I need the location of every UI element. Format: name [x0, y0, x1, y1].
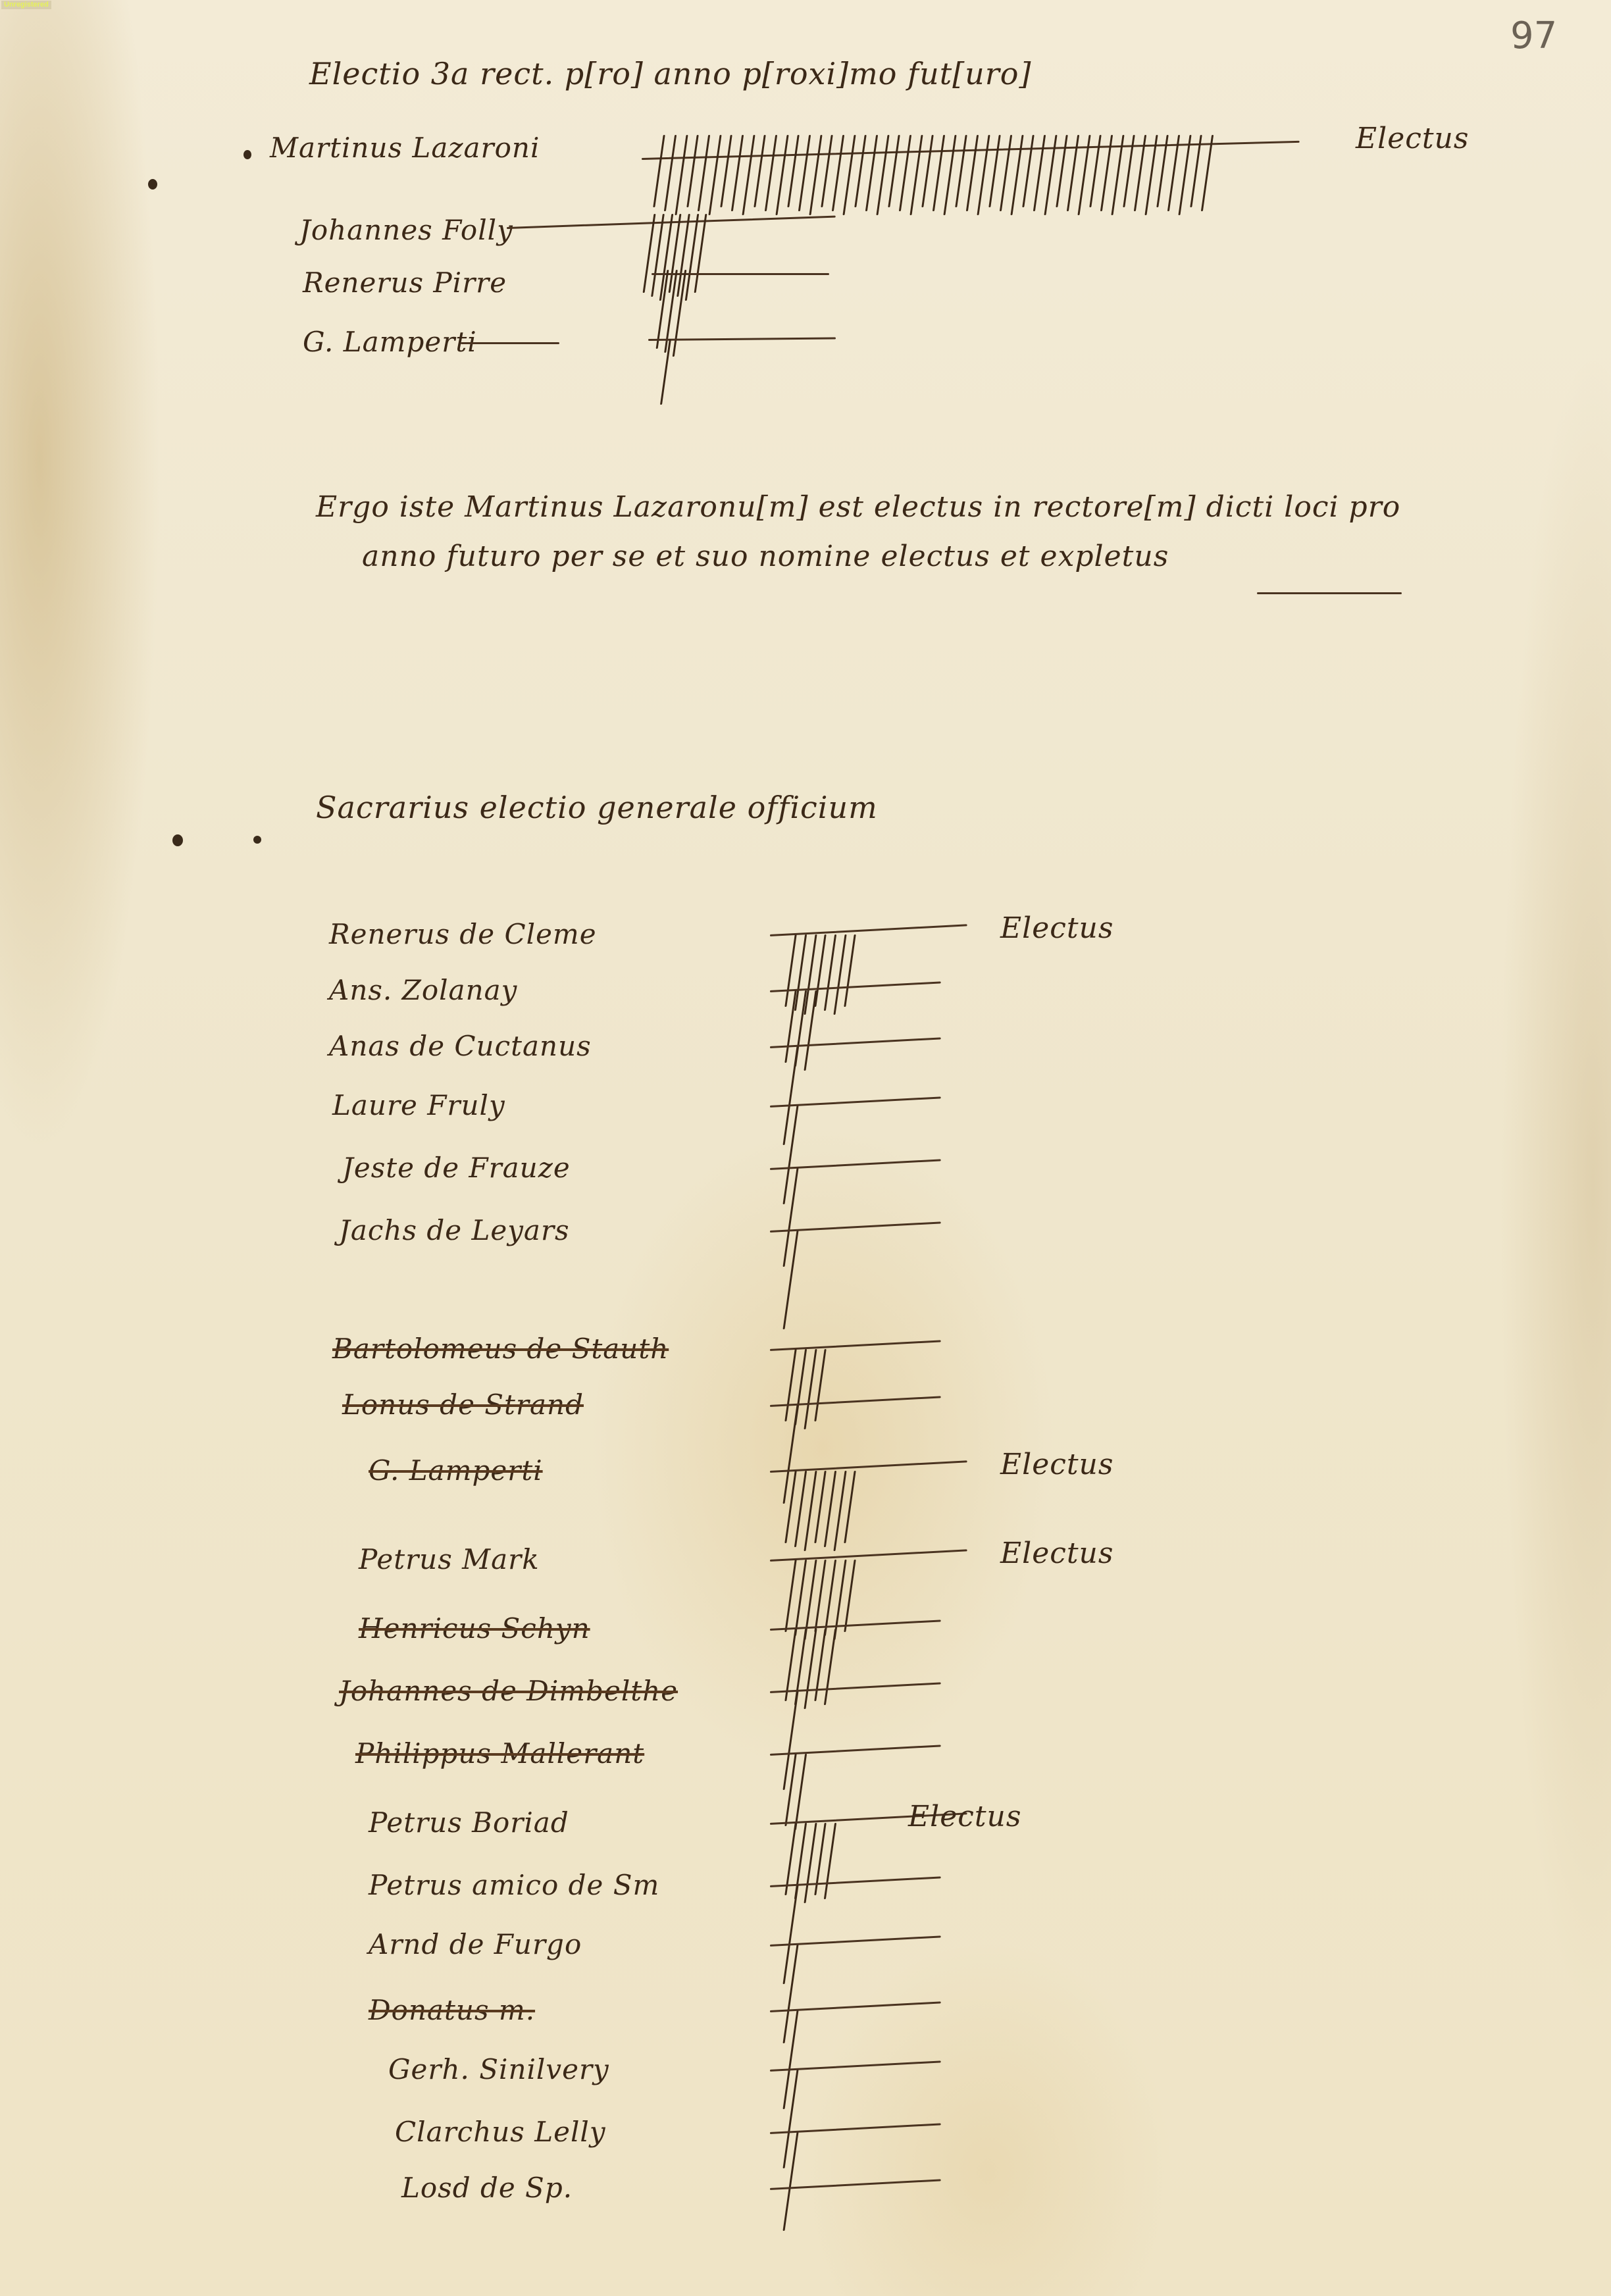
tally-mark — [909, 135, 923, 215]
entry-name: Anas de Cuctanus — [329, 1030, 592, 1062]
tally-mark — [977, 135, 990, 215]
tally-mark — [824, 1471, 836, 1547]
tally-mark — [1044, 135, 1057, 215]
tally-mark — [824, 934, 836, 1011]
tally-mark — [988, 135, 1000, 207]
tally-mark — [794, 1471, 807, 1547]
marginal-note: Electus — [908, 1800, 1021, 1833]
tally-mark — [1167, 135, 1180, 211]
ink-blot — [253, 836, 261, 844]
entry-name: Johannes Folly — [299, 214, 513, 246]
tally-mark — [899, 135, 911, 211]
entry-name: Petrus Boriad — [369, 1806, 569, 1839]
tally-mark — [876, 135, 889, 215]
tally-mark — [686, 135, 698, 207]
tally-mark — [888, 135, 900, 207]
entry-name: Clarchus Lelly — [395, 2116, 606, 2148]
tally-mark — [821, 135, 832, 207]
manuscript-page — [0, 0, 1611, 2296]
tally-mark — [1134, 135, 1146, 211]
tally-marks — [658, 135, 1208, 215]
tally-mark — [742, 135, 755, 215]
tally-mark — [1022, 135, 1034, 207]
tally-mark — [1178, 135, 1191, 215]
paragraph-line-2: anno futuro per se et suo nomine electus… — [362, 540, 1169, 573]
tally-mark — [720, 135, 732, 207]
tally-mark — [809, 135, 822, 215]
tally-mark — [1067, 135, 1079, 211]
tally-marks — [790, 1754, 802, 1830]
tally-mark — [814, 1560, 826, 1632]
marginal-note: Electus — [1000, 911, 1113, 945]
entry-name: Ans. Zolanay — [329, 974, 517, 1006]
entry-name: Philippus Mallerant — [355, 1737, 644, 1770]
entry-name: Laure Fruly — [332, 1089, 505, 1121]
tally-mark — [814, 1471, 826, 1543]
tally-mark — [943, 135, 956, 215]
entry-name: Lonus de Strand — [342, 1389, 584, 1421]
ink-blot — [148, 179, 157, 190]
entry-name: Henricus Schyn — [359, 1612, 590, 1645]
tally-marks — [790, 1231, 792, 1329]
tally-marks — [790, 1471, 851, 1551]
tally-mark — [765, 135, 777, 211]
entry-rule — [461, 342, 559, 344]
tally-mark — [794, 1560, 807, 1636]
tally-mark — [731, 135, 744, 211]
entry-name: Renerus Pirre — [303, 267, 507, 299]
marginal-note: Electus — [1000, 1448, 1113, 1481]
tally-mark — [698, 135, 710, 211]
section-2-heading: Sacrarius electio generale officium — [316, 790, 878, 825]
entry-name: G. Lamperti — [369, 1454, 543, 1487]
tally-mark — [1144, 135, 1158, 215]
unregistered-watermark: Unregistered — [1, 1, 51, 9]
tally-mark — [1089, 135, 1101, 207]
tally-mark — [1100, 135, 1113, 211]
tally-mark — [664, 135, 677, 211]
entry-name: Johannes de Dimbelthe — [339, 1675, 678, 1707]
tally-mark — [824, 1560, 836, 1636]
ink-blot — [243, 150, 251, 159]
folio-number: 97 — [1510, 14, 1557, 57]
tally-mark — [1010, 135, 1023, 215]
tally-mark — [1000, 135, 1012, 211]
tally-mark — [1190, 135, 1202, 207]
tally-mark — [1156, 135, 1168, 207]
tally-mark — [798, 135, 811, 211]
tally-mark — [1077, 135, 1090, 215]
entry-name: Arnd de Furgo — [369, 1928, 582, 1960]
tally-mark — [933, 135, 945, 211]
tally-mark — [1111, 135, 1124, 215]
tally-mark — [842, 135, 856, 215]
entry-name: Gerh. Sinilvery — [388, 2053, 609, 2085]
tally-mark — [832, 135, 844, 211]
entry-name: Donatus m. — [369, 1994, 535, 2026]
tally-mark — [854, 135, 866, 207]
tally-mark — [1033, 135, 1046, 211]
tally-mark — [1056, 135, 1067, 207]
tally-mark — [675, 135, 688, 215]
entry-name: Petrus Mark — [359, 1543, 540, 1575]
tally-marks — [790, 2132, 792, 2231]
entry-name: G. Lamperti — [303, 326, 477, 358]
entry-name: Bartolomeus de Stauth — [332, 1333, 669, 1365]
tally-mark — [754, 135, 765, 207]
entry-name: Jeste de Frauze — [342, 1152, 571, 1184]
ink-blot — [172, 834, 183, 846]
tally-mark — [775, 135, 788, 215]
tally-mark — [708, 135, 721, 215]
entry-name: Jachs de Leyars — [339, 1214, 570, 1246]
tally-mark — [787, 135, 799, 207]
entry-name: Petrus amico de Sm — [369, 1869, 659, 1901]
entry-name: Martinus Lazaroni — [270, 132, 540, 164]
tally-marks — [790, 990, 811, 1071]
tally-mark — [966, 135, 979, 211]
marginal-note: Electus — [1356, 122, 1469, 155]
tally-mark — [921, 135, 933, 207]
tally-mark — [1123, 135, 1135, 207]
tally-mark — [955, 135, 967, 207]
page-heading: Electio 3a rect. p[ro] anno p[roxi]mo fu… — [309, 56, 1031, 91]
paragraph-line-1: Ergo iste Martinus Lazaronu[m] est elect… — [316, 490, 1400, 524]
paragraph-flourish — [1257, 592, 1402, 594]
marginal-note: Electus — [1000, 1537, 1113, 1570]
tally-mark — [865, 135, 878, 211]
entry-name: Losd de Sp. — [401, 2172, 573, 2204]
tally-marks — [665, 339, 667, 405]
entry-name: Renerus de Cleme — [329, 918, 597, 950]
